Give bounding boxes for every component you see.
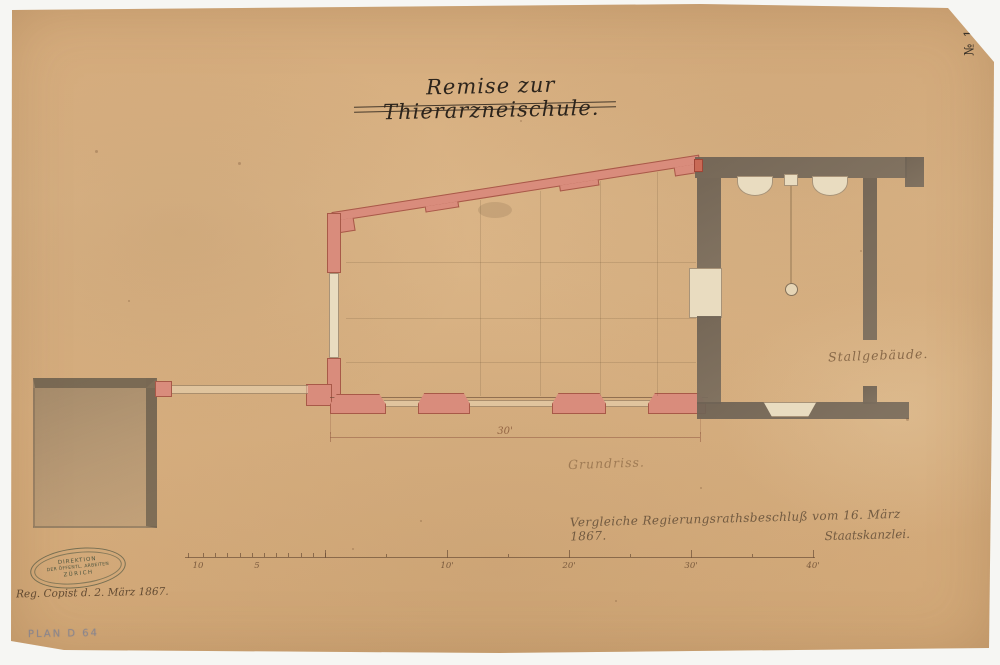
- dimension-line: [330, 437, 700, 438]
- scale-tick: [215, 553, 216, 557]
- stable-top-wall-endcap: [905, 157, 924, 187]
- pencil-line: [600, 181, 601, 396]
- bottom-wall-pier: [552, 393, 606, 414]
- scale-tick: [386, 554, 387, 557]
- pencil-smudge: [478, 202, 512, 218]
- scale-tick: [252, 553, 253, 557]
- bottom-wall-pier: [418, 393, 470, 414]
- pencil-line: [346, 318, 696, 319]
- stable-partition-wall: [863, 178, 877, 340]
- stable-window-niche: [812, 176, 848, 196]
- junction-marker: [694, 159, 703, 172]
- stable-post-base: [784, 174, 798, 186]
- drawing-title: Remise zur Thierarzneischule.: [348, 71, 635, 125]
- remise-bottom-wall-line: [330, 397, 708, 398]
- dimension-label: 30': [490, 426, 520, 437]
- plan-sheet: Remise zur Thierarzneischule. № 13: [0, 0, 1000, 665]
- remise-corner-pier: [306, 384, 332, 406]
- scale-tick: [264, 553, 265, 557]
- pencil-line: [540, 191, 541, 396]
- scale-label: 30': [678, 561, 704, 571]
- scale-tick: [240, 553, 241, 557]
- scale-tick: [813, 550, 814, 558]
- scale-tick: [276, 553, 277, 557]
- stable-post-circle: [785, 283, 798, 296]
- scale-tick: [301, 553, 302, 557]
- pencil-line: [346, 262, 696, 263]
- remise-gate-opening: [329, 273, 339, 358]
- fence-post: [155, 381, 172, 397]
- bottom-wall-sill: [468, 400, 554, 407]
- scale-tick: [569, 550, 570, 558]
- scale-baseline: [185, 557, 815, 558]
- bottom-wall-pier: [330, 394, 386, 414]
- stable-top-wall: [695, 157, 907, 178]
- scale-label: 10: [185, 561, 211, 571]
- dimension-extension: [330, 414, 331, 434]
- wall-pilaster: [559, 179, 599, 191]
- pencil-line: [480, 200, 481, 396]
- stable-label: Stallgebäude.: [828, 345, 968, 365]
- stable-door-vestibule: [689, 268, 722, 318]
- scale-tick: [508, 554, 509, 557]
- remise-top-wall: [331, 155, 700, 222]
- stable-partition-stub: [863, 386, 877, 404]
- scale-label: 5: [244, 561, 270, 571]
- pencil-line: [346, 362, 696, 363]
- scale-label: 10': [434, 561, 460, 571]
- scale-tick: [447, 550, 448, 558]
- scale-tick: [691, 550, 692, 558]
- direction-stamp: DIREKTION DER ÖFFENTL. ARBEITEN ZÜRICH: [28, 543, 128, 593]
- scale-label: 40': [800, 561, 826, 571]
- stable-left-wall-lower: [697, 316, 721, 404]
- scale-label: 20': [556, 561, 582, 571]
- bottom-wall-sill: [604, 400, 650, 407]
- fence-line: [172, 385, 308, 394]
- stable-left-wall-upper: [697, 178, 721, 270]
- scale-tick: [203, 553, 204, 557]
- bottom-wall-sill: [384, 400, 420, 407]
- stable-post-line: [790, 184, 792, 286]
- scale-tick: [288, 553, 289, 557]
- scale-bar: 10 5 10' 20' 30' 40': [185, 546, 825, 576]
- scale-tick: [752, 554, 753, 557]
- scale-tick: [188, 553, 189, 558]
- scale-tick: [325, 550, 326, 558]
- remise-left-wall-upper: [327, 213, 341, 273]
- scale-tick: [227, 553, 228, 557]
- registry-note: Reg. Copist d. 2. März 1867.: [16, 586, 176, 601]
- plan-number-stamp: PLAN D 64: [28, 627, 158, 640]
- archive-number: № 13: [948, 16, 992, 62]
- chancellery-signature: Staatskanzlei.: [750, 527, 910, 545]
- scale-tick: [313, 553, 314, 557]
- scale-tick: [630, 554, 631, 557]
- left-outbuilding: [33, 378, 157, 528]
- stable-window-niche: [737, 176, 773, 196]
- plan-caption: Grundriss.: [568, 453, 688, 472]
- dimension-extension: [700, 418, 701, 434]
- wall-pilaster: [425, 201, 460, 212]
